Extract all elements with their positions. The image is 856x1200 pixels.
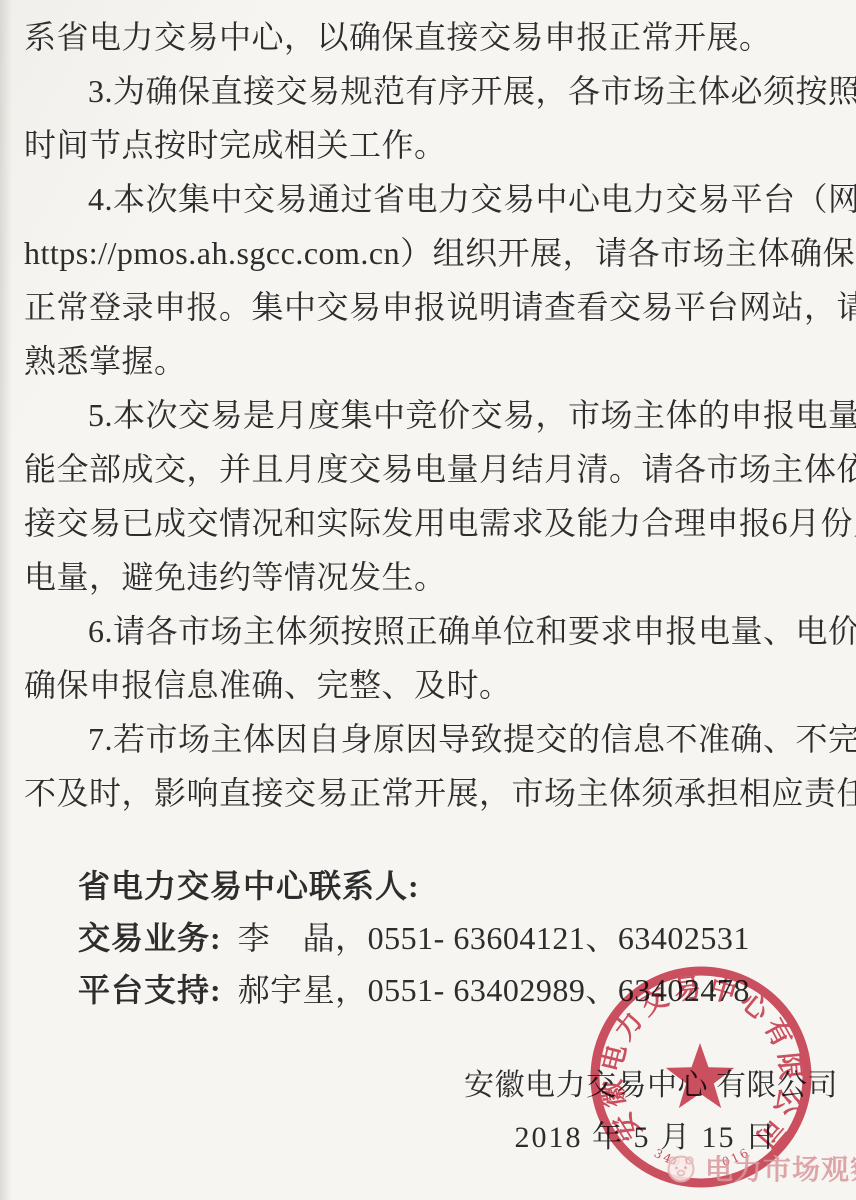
watermark-logo-icon bbox=[664, 1151, 698, 1185]
body-line: 4.本次集中交易通过省电力交易中心电力交易平台（网址： bbox=[24, 172, 830, 226]
body-line: 7.若市场主体因自身原因导致提交的信息不准确、不完整、 bbox=[24, 712, 830, 766]
body-line: 3.为确保直接交易规范有序开展，各市场主体必须按照规定 bbox=[24, 64, 830, 118]
body-line: 接交易已成交情况和实际发用电需求及能力合理申报6月份月度 bbox=[24, 496, 830, 550]
body-line: 时间节点按时完成相关工作。 bbox=[24, 118, 830, 172]
body-line: 系省电力交易中心，以确保直接交易申报正常开展。 bbox=[24, 10, 830, 64]
body-line: 能全部成交，并且月度交易电量月结月清。请各市场主体依据直 bbox=[24, 442, 830, 496]
body-line: 确保申报信息准确、完整、及时。 bbox=[24, 658, 830, 712]
contact-value: 李 晶，0551- 63604121、63402531 bbox=[238, 920, 750, 956]
scanned-notice-page: 系省电力交易中心，以确保直接交易申报正常开展。 3.为确保直接交易规范有序开展，… bbox=[0, 0, 856, 1200]
seal-star-icon bbox=[666, 1043, 734, 1108]
contacts-heading: 省电力交易中心联系人: bbox=[78, 860, 750, 912]
body-line: https://pmos.ah.sgcc.com.cn）组织开展，请各市场主体确… bbox=[24, 226, 830, 280]
body-line: 5.本次交易是月度集中竞价交易，市场主体的申报电量有可 bbox=[24, 388, 830, 442]
contact-label: 平台支持: bbox=[78, 972, 222, 1008]
body-line: 6.请各市场主体须按照正确单位和要求申报电量、电价，请 bbox=[24, 604, 830, 658]
body-line: 熟悉掌握。 bbox=[24, 334, 830, 388]
scan-edge-shadow bbox=[0, 0, 12, 1200]
document-body: 系省电力交易中心，以确保直接交易申报正常开展。 3.为确保直接交易规范有序开展，… bbox=[24, 10, 830, 820]
watermark-text: 电力市场观察 bbox=[705, 1148, 856, 1188]
watermark: 电力市场观察 bbox=[664, 1148, 856, 1188]
body-line: 不及时，影响直接交易正常开展，市场主体须承担相应责任。 bbox=[24, 766, 830, 820]
body-line: 电量，避免违约等情况发生。 bbox=[24, 550, 830, 604]
contact-row: 交易业务:李 晶，0551- 63604121、63402531 bbox=[78, 912, 750, 964]
contact-label: 交易业务: bbox=[78, 920, 222, 956]
body-line: 正常登录申报。集中交易申报说明请查看交易平台网站，请提前 bbox=[24, 280, 830, 334]
